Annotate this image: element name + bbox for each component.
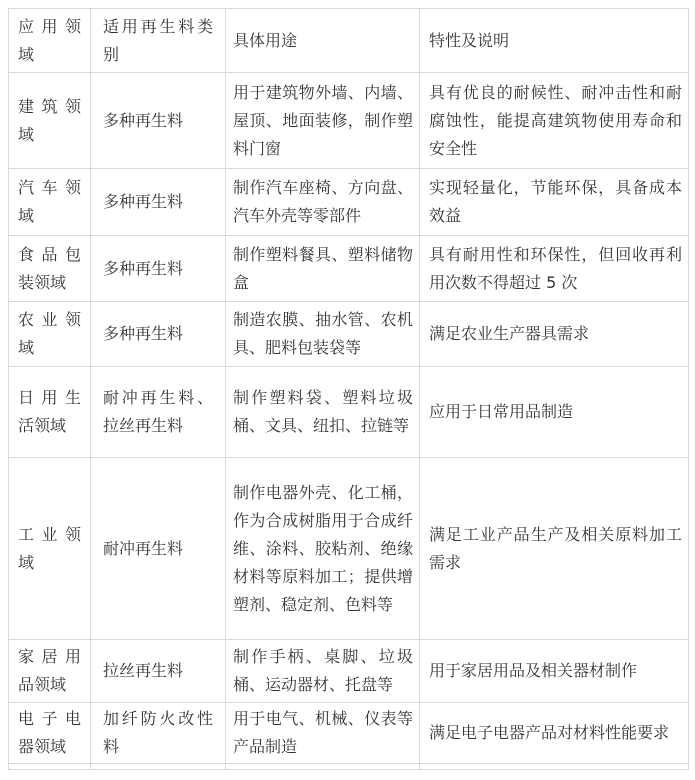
cell-application-field: 工业领域 bbox=[9, 458, 91, 640]
table-row: 农业领域 多种再生料 制造农膜、抽水管、农机具、肥料包装袋等 满足农业生产器具需… bbox=[9, 302, 689, 367]
cell-specific-usage: 制作手柄、桌脚、垃圾桶、运动器材、托盘等 bbox=[226, 640, 420, 703]
cell-material-type: 耐冲再生料 bbox=[91, 458, 226, 640]
cell-notes: 满足电子电器产品对材料性能要求 bbox=[420, 703, 689, 764]
cell-notes: 满足工业产品生产及相关原料加工需求 bbox=[420, 458, 689, 640]
clipped-cell bbox=[226, 764, 420, 770]
cell-specific-usage: 制造农膜、抽水管、农机具、肥料包装袋等 bbox=[226, 302, 420, 367]
table-row: 建筑领域 多种再生料 用于建筑物外墙、内墙、屋顶、地面装修，制作塑料门窗 具有优… bbox=[9, 73, 689, 169]
header-specific-usage: 具体用途 bbox=[226, 9, 420, 73]
table-row: 电子电器领域 加纤防火改性料 用于电气、机械、仪表等产品制造 满足电子电器产品对… bbox=[9, 703, 689, 764]
cell-notes: 实现轻量化，节能环保，具备成本效益 bbox=[420, 169, 689, 236]
cell-material-type: 多种再生料 bbox=[91, 73, 226, 169]
cell-application-field: 汽车领域 bbox=[9, 169, 91, 236]
clipped-next-row bbox=[9, 764, 689, 770]
clipped-cell bbox=[420, 764, 689, 770]
cell-application-field: 建筑领域 bbox=[9, 73, 91, 169]
cell-notes: 满足农业生产器具需求 bbox=[420, 302, 689, 367]
cell-specific-usage: 制作电器外壳、化工桶，作为合成树脂用于合成纤维、涂料、胶粘剂、绝缘材料等原料加工… bbox=[226, 458, 420, 640]
cell-specific-usage: 用于电气、机械、仪表等产品制造 bbox=[226, 703, 420, 764]
cell-specific-usage: 用于建筑物外墙、内墙、屋顶、地面装修，制作塑料门窗 bbox=[226, 73, 420, 169]
cell-material-type: 拉丝再生料 bbox=[91, 640, 226, 703]
cell-material-type: 多种再生料 bbox=[91, 236, 226, 302]
cell-specific-usage: 制作塑料袋、塑料垃圾桶、文具、纽扣、拉链等 bbox=[226, 367, 420, 458]
cell-specific-usage: 制作塑料餐具、塑料储物盒 bbox=[226, 236, 420, 302]
header-material-type: 适用再生料类别 bbox=[91, 9, 226, 73]
table-footer bbox=[9, 764, 689, 770]
cell-notes: 用于家居用品及相关器材制作 bbox=[420, 640, 689, 703]
table-row: 日用生活领域 耐冲再生料、拉丝再生料 制作塑料袋、塑料垃圾桶、文具、纽扣、拉链等… bbox=[9, 367, 689, 458]
table-row: 家居用品领域 拉丝再生料 制作手柄、桌脚、垃圾桶、运动器材、托盘等 用于家居用品… bbox=[9, 640, 689, 703]
cell-application-field: 食品包装领域 bbox=[9, 236, 91, 302]
cell-notes: 具有优良的耐候性、耐冲击性和耐腐蚀性，能提高建筑物使用寿命和安全性 bbox=[420, 73, 689, 169]
header-row: 应用领域 适用再生料类别 具体用途 特性及说明 bbox=[9, 9, 689, 73]
cell-material-type: 多种再生料 bbox=[91, 302, 226, 367]
cell-material-type: 耐冲再生料、拉丝再生料 bbox=[91, 367, 226, 458]
clipped-cell bbox=[9, 764, 91, 770]
cell-application-field: 农业领域 bbox=[9, 302, 91, 367]
cell-material-type: 加纤防火改性料 bbox=[91, 703, 226, 764]
table-row: 食品包装领域 多种再生料 制作塑料餐具、塑料储物盒 具有耐用性和环保性，但回收再… bbox=[9, 236, 689, 302]
cell-application-field: 电子电器领域 bbox=[9, 703, 91, 764]
table-body: 建筑领域 多种再生料 用于建筑物外墙、内墙、屋顶、地面装修，制作塑料门窗 具有优… bbox=[9, 73, 689, 764]
cell-application-field: 日用生活领域 bbox=[9, 367, 91, 458]
header-application-field: 应用领域 bbox=[9, 9, 91, 73]
cell-notes: 应用于日常用品制造 bbox=[420, 367, 689, 458]
cell-application-field: 家居用品领域 bbox=[9, 640, 91, 703]
header-notes: 特性及说明 bbox=[420, 9, 689, 73]
cell-notes: 具有耐用性和环保性，但回收再利用次数不得超过 5 次 bbox=[420, 236, 689, 302]
table-header: 应用领域 适用再生料类别 具体用途 特性及说明 bbox=[9, 9, 689, 73]
table-row: 汽车领域 多种再生料 制作汽车座椅、方向盘、汽车外壳等零部件 实现轻量化，节能环… bbox=[9, 169, 689, 236]
cell-material-type: 多种再生料 bbox=[91, 169, 226, 236]
document-page: 应用领域 适用再生料类别 具体用途 特性及说明 建筑领域 多种再生料 用于建筑物… bbox=[0, 0, 695, 770]
clipped-cell bbox=[91, 764, 226, 770]
cell-specific-usage: 制作汽车座椅、方向盘、汽车外壳等零部件 bbox=[226, 169, 420, 236]
recycled-materials-table: 应用领域 适用再生料类别 具体用途 特性及说明 建筑领域 多种再生料 用于建筑物… bbox=[8, 8, 689, 770]
table-row: 工业领域 耐冲再生料 制作电器外壳、化工桶，作为合成树脂用于合成纤维、涂料、胶粘… bbox=[9, 458, 689, 640]
